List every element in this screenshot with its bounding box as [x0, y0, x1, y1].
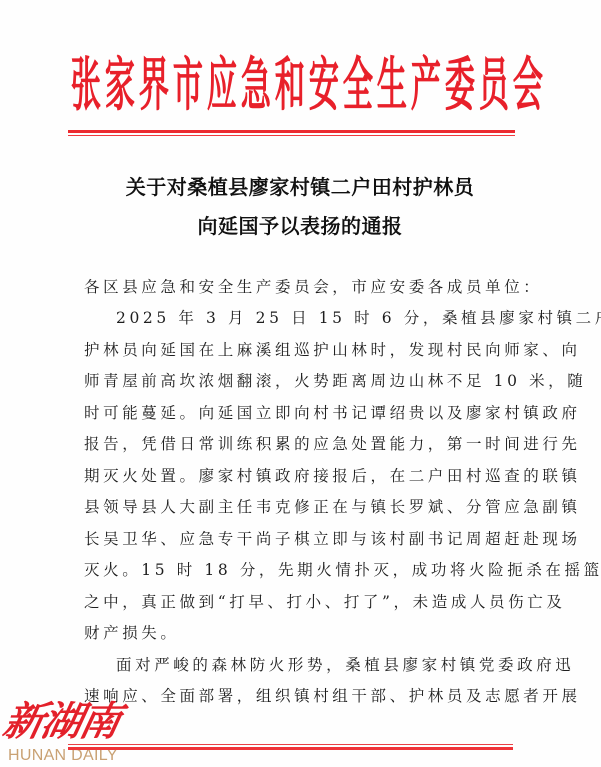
body-line: 报告，凭借日常训练积累的应急处置能力，第一时间进行先: [84, 434, 496, 454]
footer-divider: [68, 744, 513, 750]
masthead-char: 生: [377, 56, 401, 114]
body-line: 长吴卫华、应急专干尚子棋立即与该村副书记周超赶赴现场: [84, 529, 496, 549]
masthead-char: 急: [241, 56, 265, 114]
masthead-char: 安: [309, 56, 333, 114]
masthead-title: 张 家 界 市 应 急 和 安 全 生 产 委 员 会: [66, 50, 518, 120]
divider-thin-line: [68, 135, 515, 136]
masthead-char: 产: [411, 56, 435, 114]
masthead-char: 员: [479, 56, 503, 114]
masthead-char: 家: [105, 56, 129, 114]
salutation: 各区县应急和安全生产委员会，市应安委各成员单位：: [84, 277, 496, 297]
body-line: 2025 年 3 月 25 日 15 时 6 分，桑植县廖家村镇二户田村: [116, 308, 496, 328]
masthead-char: 界: [139, 56, 163, 114]
masthead-char: 应: [207, 56, 231, 114]
divider-thick-line: [68, 747, 513, 750]
masthead-char: 和: [275, 56, 299, 114]
body-line: 灭火。15 时 18 分，先期火情扑灭，成功将火险扼杀在摇篮: [84, 560, 496, 580]
masthead-divider: [68, 130, 515, 136]
document-title-line-1: 关于对桑植县廖家村镇二户田村护林员: [50, 171, 550, 200]
body-line: 财产损失。: [84, 623, 496, 643]
body-line: 期灭火处置。廖家村镇政府接报后，在二户田村巡查的联镇: [84, 466, 496, 486]
body-line: 之中，真正做到“打早、打小、打了”，未造成人员伤亡及: [84, 592, 496, 612]
hunan-daily-logo: 新湖南: [0, 698, 123, 746]
masthead-char: 委: [445, 56, 469, 114]
body-line: 师青屋前高坎浓烟翻滚，火势距离周边山林不足 10 米，随: [84, 371, 496, 391]
body-line: 面对严峻的森林防火形势，桑植县廖家村镇党委政府迅: [116, 655, 496, 675]
body-line: 护林员向延国在上麻溪组巡护山林时，发现村民向师家、向: [84, 340, 496, 360]
hunan-daily-watermark: 新湖南 HUNAN DAILY: [0, 698, 601, 767]
masthead-char: 市: [173, 56, 197, 114]
masthead-char: 会: [513, 56, 537, 114]
document-title-line-2: 向延国予以表扬的通报: [50, 210, 550, 239]
body-line: 时可能蔓延。向延国立即向村书记谭绍贵以及廖家村镇政府: [84, 403, 496, 423]
masthead-char: 张: [71, 56, 95, 114]
body-line: 县领导县人大副主任韦克修正在与镇长罗斌、分管应急副镇: [84, 497, 496, 517]
document-page: 张 家 界 市 应 急 和 安 全 生 产 委 员 会 关于对桑植县廖家村镇二户…: [0, 0, 601, 767]
masthead-char: 全: [343, 56, 367, 114]
